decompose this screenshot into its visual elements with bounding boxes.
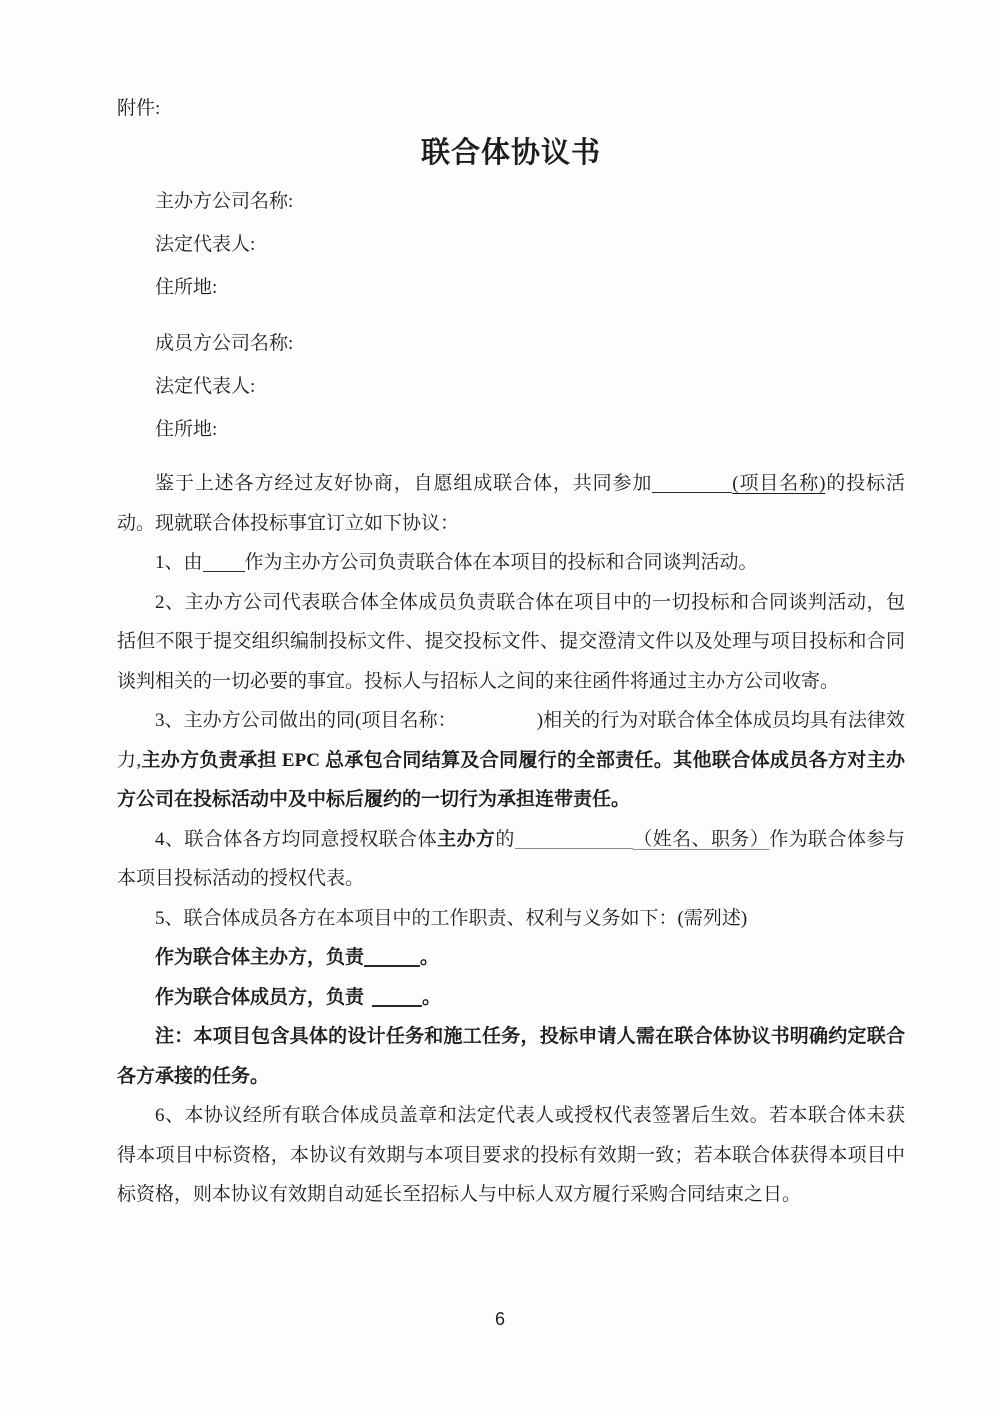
member-company-name-label: 成员方公司名称: — [117, 322, 905, 365]
representative-note: （姓名、职务） — [633, 829, 770, 850]
note-paragraph: 注：本项目包含具体的设计任务和施工任务，投标申请人需在联合体协议书明确约定联合各… — [117, 1017, 905, 1096]
agreement-body: 鉴于上述各方经过友好协商，自愿组成联合体，共同参加(项目名称)的投标活动。现就联… — [117, 464, 905, 1215]
page-number: 6 — [0, 1306, 1000, 1332]
clause-4-text-mid: 的 — [495, 829, 514, 850]
lead-address-label: 住所地: — [117, 266, 905, 309]
member-party-block: 成员方公司名称: 法定代表人: 住所地: — [117, 322, 905, 451]
clause-1-text-pre: 1、由 — [155, 552, 203, 573]
clause-1: 1、由作为主办方公司负责联合体在本项目的投标和合同谈判活动。 — [117, 543, 905, 583]
representative-name-blank — [515, 830, 633, 849]
duty-lead-period: 。 — [420, 947, 439, 968]
clause-6: 6、本协议经所有联合体成员盖章和法定代表人或授权代表签署后生效。若本联合体未获得… — [117, 1096, 905, 1215]
duty-lead-line: 作为联合体主办方，负责。 — [117, 938, 905, 978]
clause-3: 3、主办方公司做出的同(项目名称：)相关的行为对联合体全体成员均具有法律效力,主… — [117, 701, 905, 820]
intro-paragraph: 鉴于上述各方经过友好协商，自愿组成联合体，共同参加(项目名称)的投标活动。现就联… — [117, 464, 905, 543]
duty-member-line: 作为联合体成员方，负责。 — [117, 978, 905, 1018]
clause-3-text-pre: 3、主办方公司做出的同(项目名称： — [155, 710, 457, 731]
duty-lead-blank — [364, 948, 420, 967]
duty-member-period: 。 — [422, 987, 441, 1008]
project-name-blank — [652, 474, 732, 493]
lead-company-blank — [203, 553, 245, 572]
intro-text-pre: 鉴于上述各方经过友好协商，自愿组成联合体，共同参加 — [155, 473, 652, 494]
document-page: 附件: 联合体协议书 主办方公司名称: 法定代表人: 住所地: 成员方公司名称:… — [0, 0, 1000, 1414]
lead-company-name-label: 主办方公司名称: — [117, 180, 905, 223]
document-title: 联合体协议书 — [117, 134, 905, 172]
clause-3-bold-text: 主办方负责承担 EPC 总承包合同结算及合同履行的全部责任。其他联合体成员各方对… — [117, 750, 905, 811]
duty-lead-text: 作为联合体主办方，负责 — [155, 947, 364, 968]
project-name-note: (项目名称) — [732, 473, 825, 494]
attachment-label: 附件: — [117, 96, 905, 122]
lead-party-block: 主办方公司名称: 法定代表人: 住所地: — [117, 180, 905, 309]
clause-2: 2、主办方公司代表联合体全体成员负责联合体在项目中的一切投标和合同谈判活动，包括… — [117, 583, 905, 702]
clause-1-text-post: 作为主办方公司负责联合体在本项目的投标和合同谈判活动。 — [245, 552, 758, 573]
duty-member-blank — [372, 988, 422, 1007]
clause-5: 5、联合体成员各方在本项目中的工作职责、权利与义务如下：(需列述) — [117, 899, 905, 939]
member-address-label: 住所地: — [117, 408, 905, 451]
lead-legal-rep-label: 法定代表人: — [117, 223, 905, 266]
clause-4: 4、联合体各方均同意授权联合体主办方的（姓名、职务）作为联合体参与本项目投标活动… — [117, 820, 905, 899]
clause-4-text-pre: 4、联合体各方均同意授权联合体 — [155, 829, 437, 850]
member-legal-rep-label: 法定代表人: — [117, 365, 905, 408]
clause-4-bold-lead-party: 主办方 — [437, 829, 495, 850]
duty-member-text: 作为联合体成员方，负责 — [155, 987, 364, 1008]
